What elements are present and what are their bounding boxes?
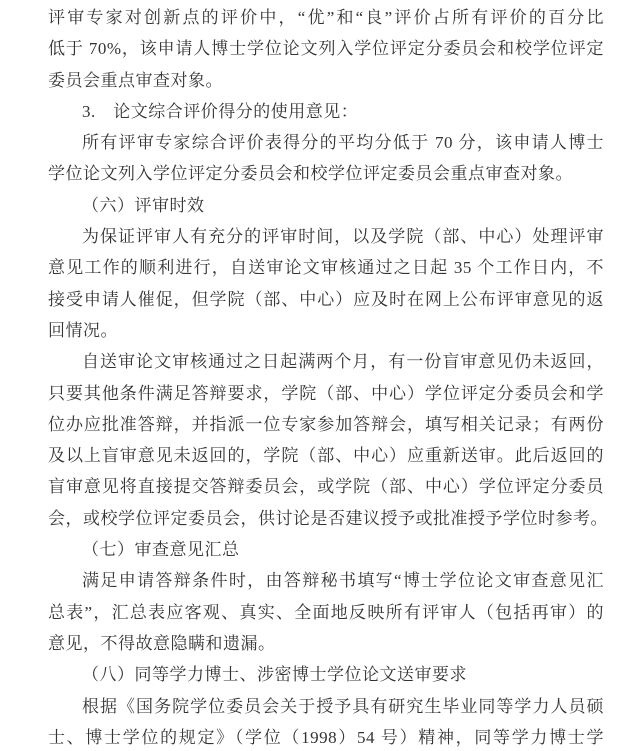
document-body: 评审专家对创新点的评价中，“优”和“良”评价占所有评价的百分比低于 70%，该申… — [48, 2, 604, 751]
text-line: 总表”，汇总表应客观、真实、全面地反映所有评审人（包括再审）的 — [48, 597, 604, 628]
text-line: 士、博士学位的规定》（学位（1998）54 号）精神，同等学力博士学 — [48, 722, 604, 751]
text-line: 委员会重点审查对象。 — [48, 65, 604, 96]
text-line: 盲审意见将直接提交答辩委员会，或学院（部、中心）学位评定分委员 — [48, 471, 604, 502]
text-line: 自送审论文审核通过之日起满两个月，有一份盲审意见仍未返回， — [48, 346, 604, 377]
text-line: 评审专家对创新点的评价中，“优”和“良”评价占所有评价的百分比 — [48, 2, 604, 33]
text-line: 位办应批准答辩，并指派一位专家参加答辩会，填写相关记录；有两份 — [48, 409, 604, 440]
text-line: 所有评审专家综合评价表得分的平均分低于 70 分，该申请人博士 — [48, 127, 604, 158]
text-line: 接受申请人催促，但学院（部、中心）应及时在网上公布评审意见的返 — [48, 284, 604, 315]
text-line: 回情况。 — [48, 315, 604, 346]
section-heading-line: （八）同等学力博士、涉密博士学位论文送审要求 — [48, 659, 604, 690]
text-line: 根据《国务院学位委员会关于授予具有研究生毕业同等学力人员硕 — [48, 691, 604, 722]
text-line: 及以上盲审意见未返回的，学院（部、中心）应重新送审。此后返回的 — [48, 440, 604, 471]
text-line: 只要其他条件满足答辩要求，学院（部、中心）学位评定分委员会和学 — [48, 378, 604, 409]
document-page: 评审专家对创新点的评价中，“优”和“良”评价占所有评价的百分比低于 70%，该申… — [0, 0, 640, 751]
text-line: 会，或校学位评定委员会，供讨论是否建议授予或批准授予学位时参考。 — [48, 503, 604, 534]
section-heading-line: （六）评审时效 — [48, 190, 604, 221]
text-line: 意见，不得故意隐瞒和遗漏。 — [48, 628, 604, 659]
text-line: 低于 70%，该申请人博士学位论文列入学位评定分委员会和校学位评定 — [48, 33, 604, 64]
text-line: 为保证评审人有充分的评审时间，以及学院（部、中心）处理评审 — [48, 221, 604, 252]
text-line: 满足申请答辩条件时，由答辩秘书填写“博士学位论文审查意见汇 — [48, 565, 604, 596]
section-heading-line: （七）审查意见汇总 — [48, 534, 604, 565]
text-line: 3. 论文综合评价得分的使用意见： — [48, 96, 604, 127]
text-line: 学位论文列入学位评定分委员会和校学位评定委员会重点审查对象。 — [48, 158, 604, 189]
text-line: 意见工作的顺利进行，自送审论文审核通过之日起 35 个工作日内，不 — [48, 252, 604, 283]
